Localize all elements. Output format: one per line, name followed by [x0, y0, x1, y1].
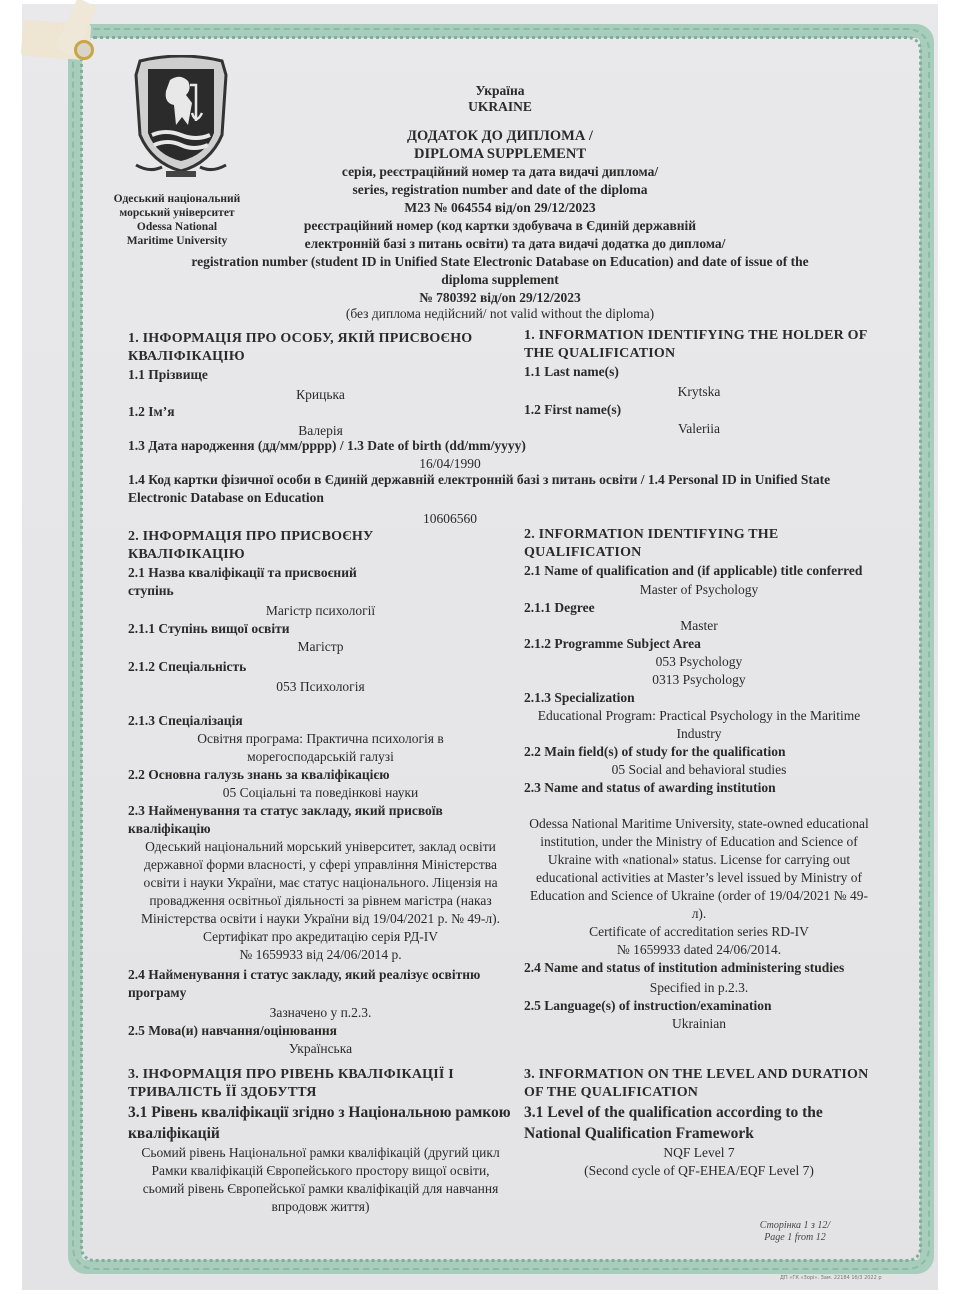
field-label-uk: 2.2 Основна галузь знань за кваліфікаціє… — [128, 766, 513, 784]
section3-en: 3. INFORMATION ON THE LEVEL AND DURATION… — [524, 1066, 874, 1180]
specialization-label-en: 2.1.3 Specialization — [524, 689, 874, 707]
language-label-uk: 2.5 Мова(и) навчання/оцінювання — [128, 1022, 513, 1040]
speciality-uk: 053 Психологія — [128, 678, 513, 696]
awarding-label-uk: 2.3 Найменування та статус закладу, який… — [128, 802, 513, 838]
degree-uk: Магістр — [128, 638, 513, 656]
validity-note: (без диплома недійсний/ not valid withou… — [100, 305, 900, 323]
accreditation-en-1: Certificate of accreditation series RD-I… — [524, 923, 874, 941]
last-name-label-en: 1.1 Last name(s) — [524, 363, 874, 381]
document-title-en: DIPLOMA SUPPLEMENT — [100, 145, 900, 163]
reg-label-uk-1: реєстраційний номер (код картки здобувач… — [260, 217, 740, 235]
section3-uk: 3. ІНФОРМАЦІЯ ПРО РІВЕНЬ КВАЛІФІКАЦІЇ І … — [128, 1066, 513, 1216]
administering-label-en: 2.4 Name and status of institution admin… — [524, 959, 874, 977]
qual-name-label-uk: 2.1 Назва кваліфікації та присвоєний сту… — [128, 564, 398, 600]
personal-id-label: 1.4 Код картки фізичної особи в Єдиній д… — [128, 471, 878, 507]
first-name-label-en: 1.2 First name(s) — [524, 401, 874, 419]
university-name-en-2: Maritime University — [98, 234, 256, 248]
section2-title-en: 2. INFORMATION IDENTIFYING THE QUALIFICA… — [524, 526, 824, 562]
dob-label: 1.3 Дата народження (дд/мм/рррр) / 1.3 D… — [128, 437, 888, 455]
awarding-label-en: 2.3 Name and status of awarding institut… — [524, 779, 874, 797]
administering-uk: Зазначено у п.2.3. — [128, 1004, 513, 1022]
awarding-en: Odessa National Maritime University, sta… — [524, 815, 874, 923]
last-name-en: Krytska — [524, 383, 874, 401]
administering-label-uk: 2.4 Найменування і статус закладу, який … — [128, 966, 513, 1002]
field-uk: 05 Соціальні та поведінкові науки — [128, 784, 513, 802]
section1-en: 1. INFORMATION IDENTIFYING THE HOLDER OF… — [524, 327, 874, 438]
accreditation-uk-2: № 1659933 від 24/06/2014 р. — [128, 946, 513, 964]
accreditation-en-2: № 1659933 dated 24/06/2014. — [524, 941, 874, 959]
university-name-en: Odessa National — [98, 220, 256, 234]
first-name-label-uk: 1.2 Ім’я — [128, 403, 513, 421]
speciality-label-en: 2.1.2 Programme Subject Area — [524, 635, 874, 653]
speciality-label-uk: 2.1.2 Спеціальність — [128, 658, 513, 676]
field-en: 05 Social and behavioral studies — [524, 761, 874, 779]
country-en: UKRAINE — [100, 98, 900, 116]
language-uk: Українська — [128, 1040, 513, 1058]
first-name-en: Valeriia — [524, 420, 874, 438]
level-uk: Сьомий рівень Національної рамки кваліфі… — [128, 1144, 513, 1216]
degree-label-uk: 2.1.1 Ступінь вищої освіти — [128, 620, 513, 638]
section2-en: 2. INFORMATION IDENTIFYING THE QUALIFICA… — [524, 526, 824, 562]
diploma-label-en: series, registration number and date of … — [100, 181, 900, 199]
page-number-en: Page 1 from 12 — [755, 1232, 835, 1244]
section2-title-uk: 2. ІНФОРМАЦІЯ ПРО ПРИСВОЄНУ КВАЛІФІКАЦІЮ — [128, 528, 418, 564]
reg-label-en-2: diploma supplement — [100, 271, 900, 289]
speciality-en-1: 053 Psychology — [524, 653, 874, 671]
section1-uk: 1. ІНФОРМАЦІЯ ПРО ОСОБУ, ЯКІЙ ПРИСВОЄНО … — [128, 330, 513, 440]
level-en-1: NQF Level 7 — [524, 1144, 874, 1162]
section2-uk: 2. ІНФОРМАЦІЯ ПРО ПРИСВОЄНУ КВАЛІФІКАЦІЮ — [128, 528, 418, 564]
speciality-en-2: 0313 Psychology — [524, 671, 874, 689]
language-label-en: 2.5 Language(s) of instruction/examinati… — [524, 997, 874, 1015]
degree-label-en: 2.1.1 Degree — [524, 599, 874, 617]
last-name-label-uk: 1.1 Прізвище — [128, 366, 513, 384]
diploma-label-uk: серія, реєстраційний номер та дата видач… — [100, 163, 900, 181]
qual-name-uk: Магістр психології — [128, 602, 513, 620]
section3-title-en: 3. INFORMATION ON THE LEVEL AND DURATION… — [524, 1066, 874, 1102]
qual-name-en: Master of Psychology — [524, 581, 874, 599]
accreditation-uk-1: Сертифікат про акредитацію серія РД-IV — [128, 928, 513, 946]
level-label-en: 3.1 Level of the qualification according… — [524, 1102, 874, 1144]
section1-title-uk: 1. ІНФОРМАЦІЯ ПРО ОСОБУ, ЯКІЙ ПРИСВОЄНО … — [128, 330, 513, 366]
diploma-number: M23 № 064554 від/on 29/12/2023 — [100, 199, 900, 217]
awarding-uk: Одеський національний морський університ… — [128, 838, 513, 928]
field-label-en: 2.2 Main field(s) of study for the quali… — [524, 743, 874, 761]
section3-title-uk: 3. ІНФОРМАЦІЯ ПРО РІВЕНЬ КВАЛІФІКАЦІЇ І … — [128, 1066, 513, 1102]
level-label-uk: 3.1 Рівень кваліфікації згідно з Націона… — [128, 1102, 513, 1144]
administering-en: Specified in p.2.3. — [524, 979, 874, 997]
qual-name-label-en: 2.1 Name of qualification and (if applic… — [524, 562, 874, 580]
section1-title-en: 1. INFORMATION IDENTIFYING THE HOLDER OF… — [524, 327, 874, 363]
print-code: ДП «ГК «Зорі». Зам. 22184 1б/3 2022 р — [780, 1275, 882, 1281]
specialization-label-uk: 2.1.3 Спеціалізація — [128, 712, 513, 730]
grommet-icon — [74, 40, 94, 60]
section2-en-body: 2.1 Name of qualification and (if applic… — [524, 562, 874, 1033]
level-en-2: (Second cycle of QF-EHEA/EQF Level 7) — [524, 1162, 874, 1180]
reg-label-uk-2: електронній базі з питань освіти) та дат… — [255, 235, 775, 253]
page-number-uk: Сторінка 1 з 12/ — [755, 1220, 835, 1232]
document-title-uk: ДОДАТОК ДО ДИПЛОМА / — [100, 127, 900, 145]
last-name-uk: Крицька — [128, 386, 513, 404]
specialization-uk: Освітня програма: Практична психологія в… — [128, 730, 513, 766]
degree-en: Master — [524, 617, 874, 635]
reg-label-en-1: registration number (student ID in Unifi… — [100, 253, 900, 271]
specialization-en: Educational Program: Practical Psycholog… — [524, 707, 874, 743]
section2-uk-body: 2.1 Назва кваліфікації та присвоєний сту… — [128, 564, 513, 1058]
page-number: Сторінка 1 з 12/ Page 1 from 12 — [755, 1220, 835, 1244]
language-en: Ukrainian — [524, 1015, 874, 1033]
